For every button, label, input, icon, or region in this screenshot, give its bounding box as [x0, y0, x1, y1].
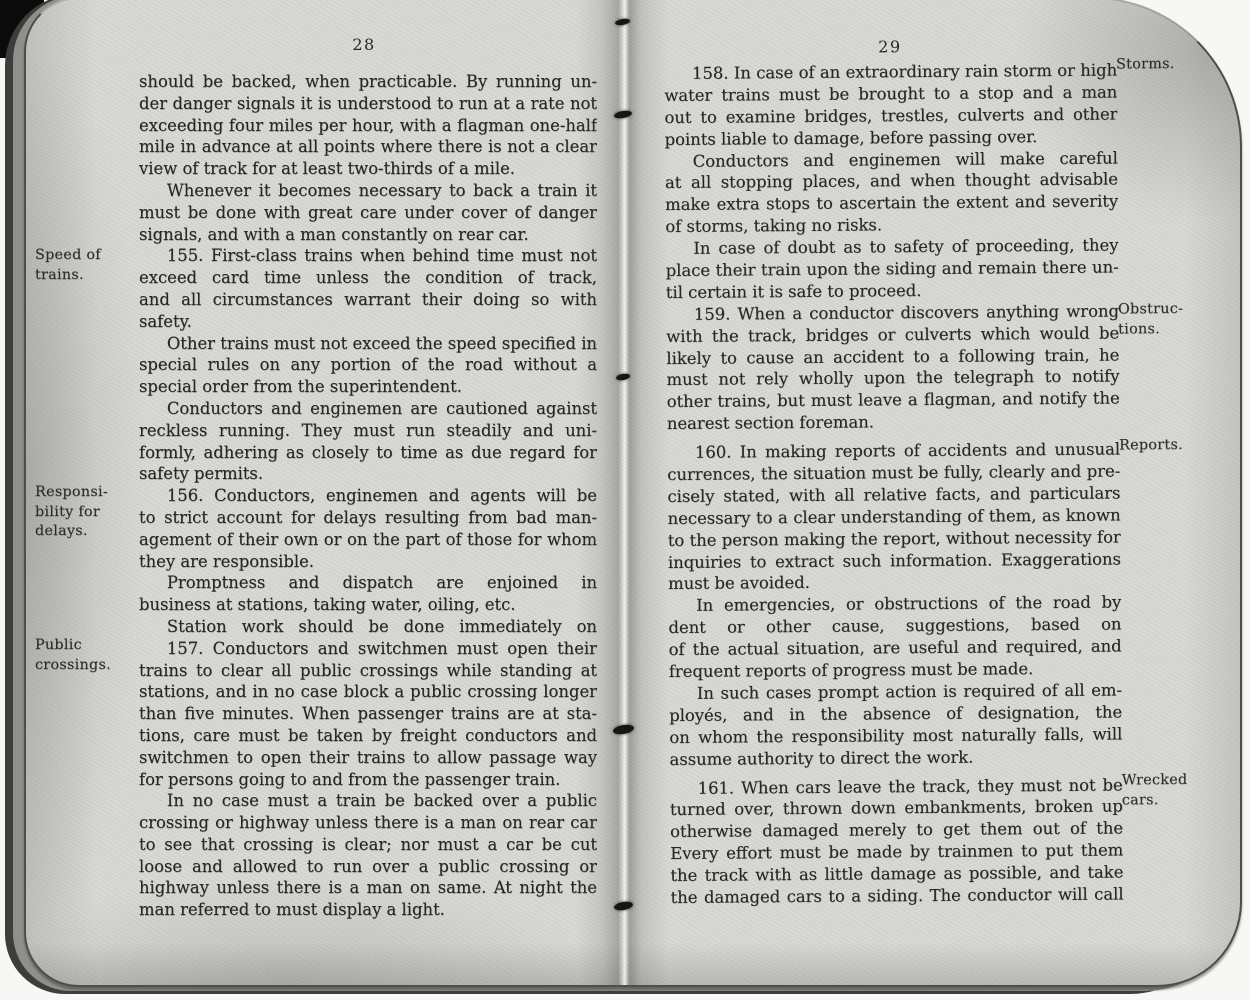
text-line: tions, care must be taken by freight con… — [139, 725, 597, 747]
paragraph: Station work should be done immediately … — [139, 616, 597, 638]
text-line: Station work should be done immediately … — [139, 616, 597, 638]
text-line: make extra stops to ascertain the extent… — [665, 191, 1118, 216]
text-line: must be done with great care under cover… — [139, 202, 597, 224]
paragraph: Whenever it becomes necessary to back a … — [139, 180, 597, 245]
margin-note-responsibility-for-delays: Responsi- bility for delays. — [35, 483, 135, 542]
paragraph: 159. When a conductor discovers anything… — [666, 300, 1120, 435]
book-scan-photo: 28 Speed of trains. Responsi- bility for… — [0, 0, 1250, 1000]
text-line: to strict account for delays resulting f… — [139, 507, 597, 529]
text-line: safety permits. — [139, 463, 597, 485]
text-line: view of track for at least two-thirds of… — [139, 158, 597, 180]
text-line: out to examine bridges, trestles, culver… — [664, 103, 1117, 128]
page-number-right: 29 — [850, 37, 930, 57]
text-line: on whom the responsibility most naturall… — [669, 723, 1122, 748]
paragraph: 158. In case of an extraordinary rain st… — [664, 59, 1118, 150]
text-line: Other trains must not exceed the speed s… — [139, 333, 597, 355]
paragraph: 160. In making reports of accidents and … — [667, 439, 1121, 596]
binding-stitch — [615, 18, 631, 27]
text-line: der danger signals it is understood to r… — [139, 93, 597, 115]
paragraph: Promptness and dispatch are enjoined in … — [139, 572, 597, 616]
paragraph: In such cases prompt action is required … — [669, 679, 1123, 770]
paragraph: In case of doubt as to safety of proceed… — [665, 235, 1119, 304]
text-line: and all circumstances warrant their doin… — [139, 289, 597, 311]
text-line: nearest section foreman. — [667, 410, 1120, 435]
text-line: formly, adhering as closely to time as d… — [139, 442, 597, 464]
paragraph: Other trains must not exceed the speed s… — [139, 333, 597, 398]
binding-stitch — [614, 109, 633, 119]
text-line: trains to clear all public crossings whi… — [139, 660, 597, 682]
paragraph: 156. Conductors, enginemen and agents wi… — [139, 485, 597, 572]
paragraph: Conductors and enginemen are cautioned a… — [139, 398, 597, 485]
text-line: necessary to a clear understanding of th… — [668, 504, 1121, 529]
text-line: mile in advance at all points where ther… — [139, 136, 597, 158]
text-line: highway unless there is a man on same. A… — [139, 877, 597, 899]
text-line: they are responsible. — [139, 551, 597, 573]
text-line: the damaged cars to a siding. The conduc… — [671, 883, 1124, 908]
paragraph: 157. Conductors and switchmen must open … — [139, 638, 597, 791]
text-line: signals, and with a man constantly on re… — [139, 224, 597, 246]
text-line: other trains, but must leave a flagman, … — [667, 388, 1120, 413]
text-line: with the track, bridges or culverts whic… — [666, 322, 1119, 347]
page-body-right: 158. In case of an extraordinary rain st… — [664, 59, 1124, 908]
margin-note-storms: Storms. — [1116, 55, 1231, 75]
page-number-left: 28 — [324, 35, 404, 54]
text-line: man referred to must display a light. — [139, 899, 597, 921]
text-line: special rules on any portion of the road… — [139, 354, 597, 376]
binding-stitch — [612, 723, 634, 736]
text-line: loose and allowed to run over a public c… — [139, 856, 597, 878]
text-line: Whenever it becomes necessary to back a … — [139, 180, 597, 202]
text-line: to see that crossing is clear; nor must … — [139, 834, 597, 856]
text-line: 159. When a conductor discovers anything… — [666, 300, 1119, 325]
binding-stitch — [613, 900, 633, 911]
open-book: 28 Speed of trains. Responsi- bility for… — [24, 0, 1242, 987]
text-line: 156. Conductors, enginemen and agents wi… — [139, 485, 597, 507]
margin-note-public-crossings: Public crossings. — [35, 636, 135, 675]
margin-note-wrecked-cars: Wrecked cars. — [1122, 771, 1237, 811]
text-line: safety. — [139, 311, 597, 333]
text-line: 157. Conductors and switchmen must open … — [139, 638, 597, 660]
paragraph: In no case must a train be backed over a… — [139, 790, 597, 921]
margin-note-obstructions: Obstruc- tions. — [1118, 300, 1233, 340]
paragraph: 155. First-class trains when behind time… — [139, 245, 597, 332]
text-line: Conductors and enginemen are cautioned a… — [139, 398, 597, 420]
text-line: of the actual situation, are useful and … — [669, 636, 1122, 661]
page-right: 29 Storms. Obstruc- tions. Reports. Wrec… — [664, 0, 1250, 999]
text-line: exceed card time unless the condition of… — [139, 267, 597, 289]
text-line: should be backed, when practicable. By r… — [139, 71, 597, 93]
text-line: business at stations, taking water, oili… — [139, 594, 597, 616]
text-line: ployés, and in the absence of designatio… — [669, 701, 1122, 726]
text-line: special order from the superintendent. — [139, 376, 597, 398]
text-line: crossing or highway unless there is a ma… — [139, 812, 597, 834]
text-line: switchmen to open their trains to allow … — [139, 747, 597, 769]
text-line: Promptness and dispatch are enjoined in … — [139, 572, 597, 594]
text-line: agement of their own or on the part of t… — [139, 529, 597, 551]
text-line: inquiries to extract such information. E… — [668, 548, 1121, 573]
text-line: place their train upon the siding and re… — [666, 256, 1119, 281]
margin-note-reports: Reports. — [1119, 436, 1234, 456]
paragraph: In emergencies, or obstructions of the r… — [668, 592, 1122, 683]
text-line: In no case must a train be backed over a… — [139, 790, 597, 812]
page-body-left: should be backed, when practicable. By r… — [139, 71, 597, 921]
text-line: than five minutes. When passenger trains… — [139, 703, 597, 725]
paragraph: should be backed, when practicable. By r… — [139, 71, 597, 180]
text-line: exceeding four miles per hour, with a fl… — [139, 115, 597, 137]
text-line: assume authority to direct the work. — [669, 745, 1122, 770]
text-line: reckless running. They must run steadily… — [139, 420, 597, 442]
text-line: to the person making the report, without… — [668, 526, 1121, 551]
margin-note-speed-of-trains: Speed of trains. — [35, 246, 135, 285]
binding-stitch — [616, 373, 631, 381]
text-line: 155. First-class trains when behind time… — [139, 245, 597, 267]
paragraph: Conductors and enginemen will make caref… — [665, 147, 1119, 238]
text-line: stations, and in no case block a public … — [139, 681, 597, 703]
paragraph: 161. When cars leave the track, they mus… — [670, 774, 1124, 909]
text-line: for persons going to and from the passen… — [139, 769, 597, 791]
